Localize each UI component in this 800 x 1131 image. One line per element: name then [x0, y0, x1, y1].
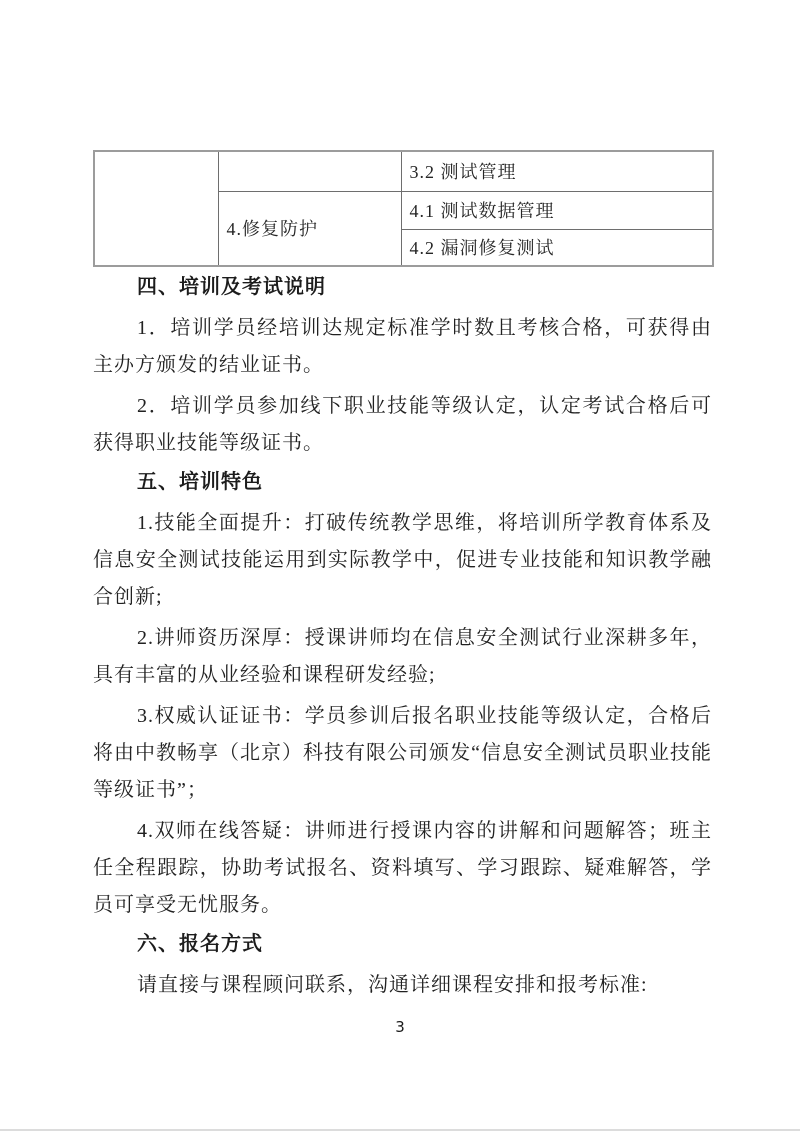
paragraph: 请直接与课程顾问联系，沟通详细课程安排和报考标准:: [93, 967, 712, 1004]
table-cell-module-3: [218, 151, 401, 191]
table-cell-item-4-2: 4.2 漏洞修复测试: [401, 229, 713, 266]
paragraph: 2.讲师资历深厚：授课讲师均在信息安全测试行业深耕多年，具有丰富的从业经验和课程…: [93, 620, 712, 694]
page-number: 3: [0, 1017, 800, 1037]
section-heading-4: 四、培训及考试说明: [93, 269, 712, 306]
paragraph: 1.技能全面提升：打破传统教学思维，将培训所学教育体系及信息安全测试技能运用到实…: [93, 505, 712, 616]
section-heading-5: 五、培训特色: [93, 464, 712, 501]
paragraph: 1．培训学员经培训达规定标准学时数且考核合格，可获得由主办方颁发的结业证书。: [93, 310, 712, 384]
section-heading-6: 六、报名方式: [93, 926, 712, 963]
paragraph: 4.双师在线答疑：讲师进行授课内容的讲解和问题解答；班主任全程跟踪，协助考试报名…: [93, 813, 712, 924]
document-page: 3.2 测试管理 4.修复防护 4.1 测试数据管理 4.2 漏洞修复测试 四、…: [0, 0, 800, 1131]
paragraph: 2．培训学员参加线下职业技能等级认定，认定考试合格后可获得职业技能等级证书。: [93, 388, 712, 462]
table-cell-item-3-2: 3.2 测试管理: [401, 151, 713, 191]
paragraph: 3.权威认证证书：学员参训后报名职业技能等级认定，合格后将由中教畅享（北京）科技…: [93, 698, 712, 809]
course-outline-table: 3.2 测试管理 4.修复防护 4.1 测试数据管理 4.2 漏洞修复测试: [93, 150, 714, 267]
table-cell-item-4-1: 4.1 测试数据管理: [401, 191, 713, 229]
table-cell-module-4: 4.修复防护: [218, 191, 401, 266]
table-cell-category: [94, 151, 218, 266]
table-row: 3.2 测试管理: [94, 151, 713, 191]
page-content: 3.2 测试管理 4.修复防护 4.1 测试数据管理 4.2 漏洞修复测试 四、…: [93, 150, 712, 1004]
